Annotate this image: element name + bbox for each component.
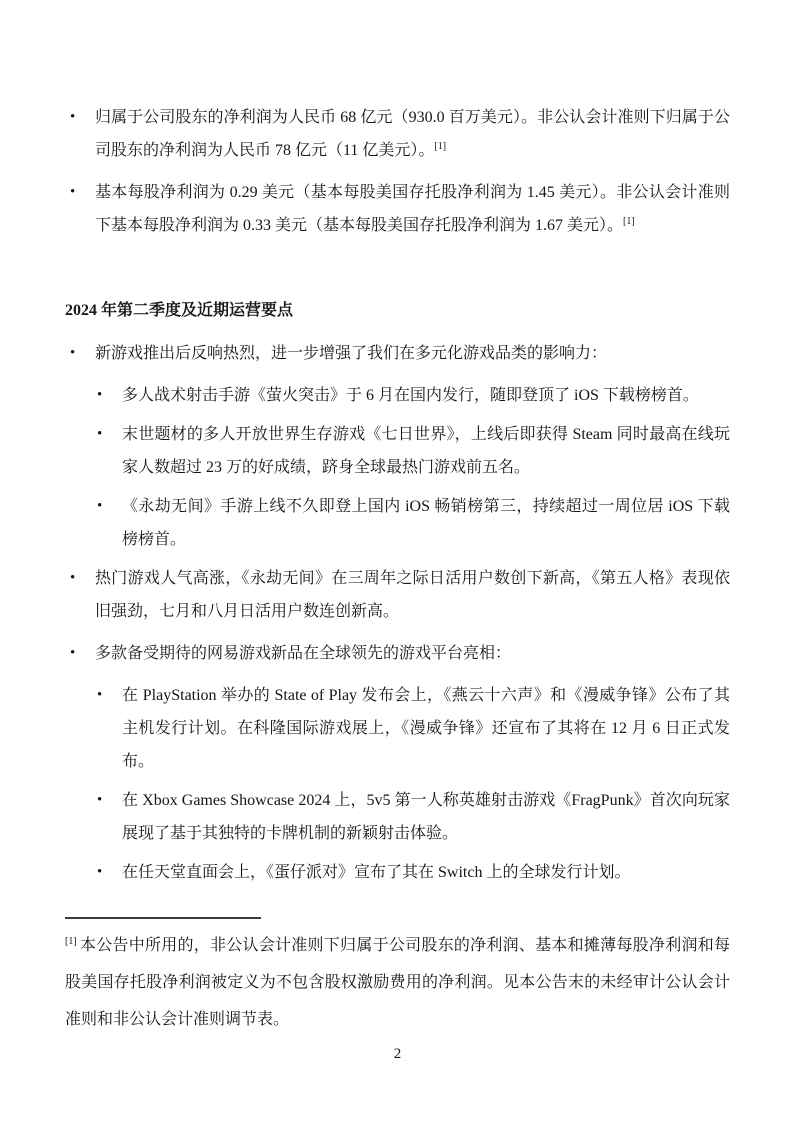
section-heading: 2024 年第二季度及近期运营要点 xyxy=(65,294,730,327)
operating-bullet-l1: •热门游戏人气高涨，《永劫无间》在三周年之际日活用户数创下新高，《第五人格》表现… xyxy=(95,562,730,628)
bullet-icon: • xyxy=(97,784,102,817)
bullet-icon: • xyxy=(97,379,102,412)
page-number: 2 xyxy=(65,1042,730,1066)
operating-bullet-l1: •新游戏推出后反响热烈，进一步增强了我们在多元化游戏品类的影响力： xyxy=(95,337,730,370)
footnote-marker: [1] xyxy=(65,936,77,947)
bullet-icon: • xyxy=(97,418,102,451)
bullet-icon: • xyxy=(97,490,102,523)
bullet-icon: • xyxy=(70,337,75,370)
operating-bullet-l2: •在 Xbox Games Showcase 2024 上，5v5 第一人称英雄… xyxy=(122,784,730,850)
page-content: •归属于公司股东的净利润为人民币 68 亿元（930.0 百万美元）。非公认会计… xyxy=(65,101,730,1066)
operating-bullet-l2: •末世题材的多人开放世界生存游戏《七日世界》，上线后即获得 Steam 同时最高… xyxy=(122,418,730,484)
footnote-reference: [1] xyxy=(434,141,446,152)
operating-bullet-text: 多人战术射击手游《萤火突击》于 6 月在国内发行，随即登顶了 iOS 下载榜榜首… xyxy=(122,387,699,404)
operating-bullet-text: 末世题材的多人开放世界生存游戏《七日世界》，上线后即获得 Steam 同时最高在… xyxy=(122,426,730,476)
financial-bullet-text: 基本每股净利润为 0.29 美元（基本每股美国存托股净利润为 1.45 美元）。… xyxy=(95,184,730,234)
operating-bullet-l1: •多款备受期待的网易游戏新品在全球领先的游戏平台亮相： xyxy=(95,637,730,670)
bullet-icon: • xyxy=(97,856,102,889)
footnote: [1]本公告中所用的，非公认会计准则下归属于公司股东的净利润、基本和摊薄每股净利… xyxy=(65,927,730,1038)
bullet-icon: • xyxy=(70,637,75,670)
operating-bullet-text: 在 Xbox Games Showcase 2024 上，5v5 第一人称英雄射… xyxy=(122,792,730,842)
operating-bullet-text: 新游戏推出后反响热烈，进一步增强了我们在多元化游戏品类的影响力： xyxy=(95,345,607,362)
footnote-separator xyxy=(65,917,261,919)
financial-bullet: •归属于公司股东的净利润为人民币 68 亿元（930.0 百万美元）。非公认会计… xyxy=(95,101,730,167)
footnote-text: 本公告中所用的，非公认会计准则下归属于公司股东的净利润、基本和摊薄每股净利润和每… xyxy=(65,937,730,1028)
footnote-reference: [1] xyxy=(623,216,635,227)
document-page: •归属于公司股东的净利润为人民币 68 亿元（930.0 百万美元）。非公认会计… xyxy=(0,0,794,1123)
operating-bullet-l2: •在任天堂直面会上，《蛋仔派对》宣布了其在 Switch 上的全球发行计划。 xyxy=(122,856,730,889)
operating-bullet-text: 在 PlayStation 举办的 State of Play 发布会上，《燕云… xyxy=(122,687,730,770)
operating-bullet-text: 多款备受期待的网易游戏新品在全球领先的游戏平台亮相： xyxy=(95,645,511,662)
bullet-icon: • xyxy=(70,562,75,595)
operating-bullet-text: 热门游戏人气高涨，《永劫无间》在三周年之际日活用户数创下新高，《第五人格》表现依… xyxy=(95,570,730,620)
operating-bullet-l2: •在 PlayStation 举办的 State of Play 发布会上，《燕… xyxy=(122,679,730,778)
financial-bullet: •基本每股净利润为 0.29 美元（基本每股美国存托股净利润为 1.45 美元）… xyxy=(95,176,730,242)
operating-bullet-l2: •《永劫无间》手游上线不久即登上国内 iOS 畅销榜第三，持续超过一周位居 iO… xyxy=(122,490,730,556)
operating-bullet-text: 《永劫无间》手游上线不久即登上国内 iOS 畅销榜第三，持续超过一周位居 iOS… xyxy=(122,498,730,548)
operating-bullet-text: 在任天堂直面会上，《蛋仔派对》宣布了其在 Switch 上的全球发行计划。 xyxy=(122,864,630,881)
financial-bullet-text: 归属于公司股东的净利润为人民币 68 亿元（930.0 百万美元）。非公认会计准… xyxy=(95,109,730,159)
bullet-icon: • xyxy=(97,679,102,712)
bullet-icon: • xyxy=(70,101,75,134)
operating-bullet-l2: •多人战术射击手游《萤火突击》于 6 月在国内发行，随即登顶了 iOS 下载榜榜… xyxy=(122,379,730,412)
bullet-icon: • xyxy=(70,176,75,209)
